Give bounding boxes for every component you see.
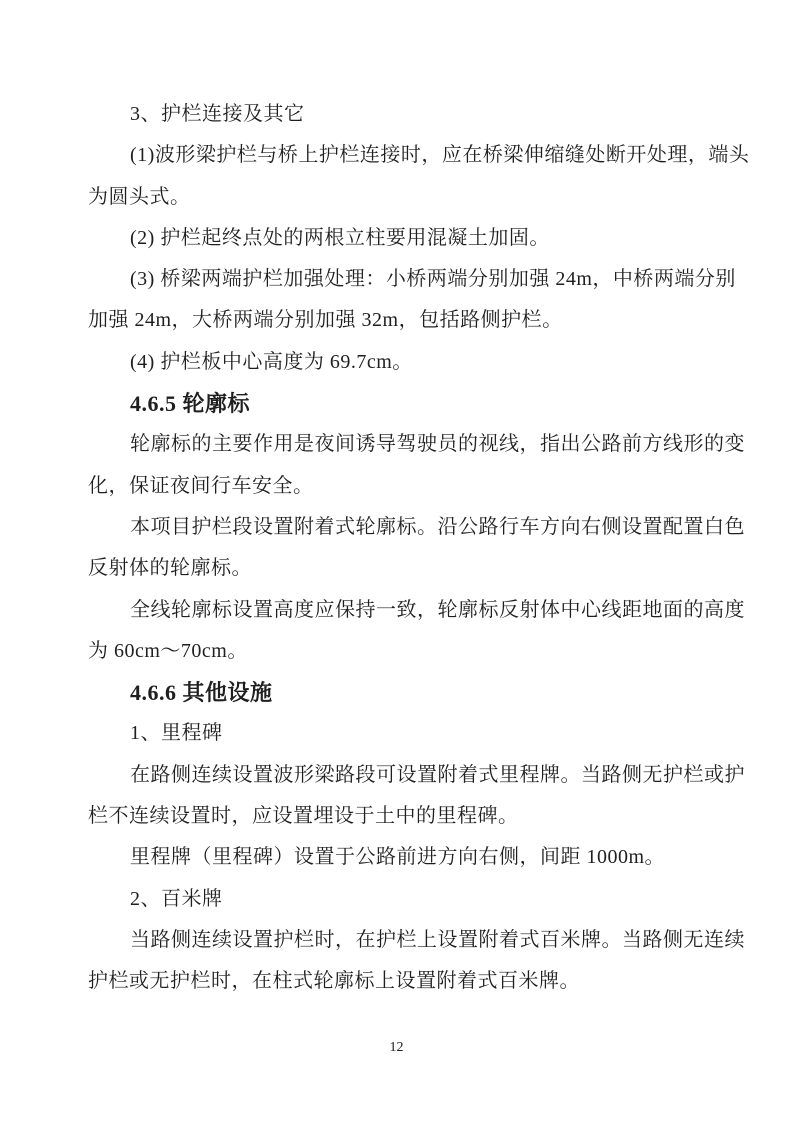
body-line: 全线轮廓标设置高度应保持一致，轮廓标反射体中心线距地面的高度 xyxy=(88,590,736,631)
para-guardrail-endpost-reinforce: (2) 护栏起终点处的两根立柱要用混凝土加固。 xyxy=(88,218,736,259)
para-hectometer-placement: 当路侧连续设置护栏时，在护栏上设置附着式百米牌。当路侧无连续 护栏或无护栏时，在… xyxy=(88,920,736,1003)
body-line: 3、护栏连接及其它 xyxy=(88,94,736,135)
body-line: 当路侧连续设置护栏时，在护栏上设置附着式百米牌。当路侧无连续 xyxy=(88,920,736,961)
para-bridge-end-strengthening: (3) 桥梁两端护栏加强处理：小桥两端分别加强 24m，中桥两端分别 加强 24… xyxy=(88,259,736,342)
body-line: (1)波形梁护栏与桥上护栏连接时，应在桥梁伸缩缝处断开处理，端头 xyxy=(88,135,736,176)
para-delineator-height: 全线轮廓标设置高度应保持一致，轮廓标反射体中心线距地面的高度 为 60cm～70… xyxy=(88,590,736,673)
body-line: 1、里程碑 xyxy=(88,713,736,754)
para-guardrail-bridge-connection: (1)波形梁护栏与桥上护栏连接时，应在桥梁伸缩缝处断开处理，端头 为圆头式。 xyxy=(88,135,736,218)
body-line: 化，保证夜间行车安全。 xyxy=(88,466,736,507)
body-line: 栏不连续设置时，应设置埋设于土中的里程碑。 xyxy=(88,796,736,837)
document-page: 3、护栏连接及其它 (1)波形梁护栏与桥上护栏连接时，应在桥梁伸缩缝处断开处理，… xyxy=(0,0,793,1122)
para-delineator-purpose: 轮廓标的主要作用是夜间诱导驾驶员的视线，指出公路前方线形的变 化，保证夜间行车安… xyxy=(88,424,736,507)
body-line: 为 60cm～70cm。 xyxy=(88,631,736,672)
para-milestone-placement: 在路侧连续设置波形梁路段可设置附着式里程牌。当路侧无护栏或护 栏不连续设置时，应… xyxy=(88,755,736,838)
list-item-milestone: 1、里程碑 xyxy=(88,713,736,754)
para-milestone-spacing: 里程牌（里程碑）设置于公路前进方向右侧，间距 1000m。 xyxy=(88,837,736,878)
body-line: 反射体的轮廓标。 xyxy=(88,548,736,589)
body-line: 里程牌（里程碑）设置于公路前进方向右侧，间距 1000m。 xyxy=(88,837,736,878)
body-line: 在路侧连续设置波形梁路段可设置附着式里程牌。当路侧无护栏或护 xyxy=(88,755,736,796)
body-line: 为圆头式。 xyxy=(88,177,736,218)
list-item-guardrail-connection: 3、护栏连接及其它 xyxy=(88,94,736,135)
body-line: 2、百米牌 xyxy=(88,879,736,920)
body-line: 护栏或无护栏时，在柱式轮廓标上设置附着式百米牌。 xyxy=(88,961,736,1002)
heading-line: 4.6.5 轮廓标 xyxy=(88,383,736,424)
list-item-hectometer: 2、百米牌 xyxy=(88,879,736,920)
heading-line: 4.6.6 其他设施 xyxy=(88,672,736,713)
para-guardrail-beam-height: (4) 护栏板中心高度为 69.7cm。 xyxy=(88,342,736,383)
body-line: 加强 24m，大桥两端分别加强 32m，包括路侧护栏。 xyxy=(88,300,736,341)
body-line: (4) 护栏板中心高度为 69.7cm。 xyxy=(88,342,736,383)
body-line: (3) 桥梁两端护栏加强处理：小桥两端分别加强 24m，中桥两端分别 xyxy=(88,259,736,300)
document-body: 3、护栏连接及其它 (1)波形梁护栏与桥上护栏连接时，应在桥梁伸缩缝处断开处理，… xyxy=(88,94,736,1003)
body-line: 轮廓标的主要作用是夜间诱导驾驶员的视线，指出公路前方线形的变 xyxy=(88,424,736,465)
section-heading-4-6-5: 4.6.5 轮廓标 xyxy=(88,383,736,424)
body-line: (2) 护栏起终点处的两根立柱要用混凝土加固。 xyxy=(88,218,736,259)
page-number: 12 xyxy=(0,1040,793,1056)
section-heading-4-6-6: 4.6.6 其他设施 xyxy=(88,672,736,713)
body-line: 本项目护栏段设置附着式轮廓标。沿公路行车方向右侧设置配置白色 xyxy=(88,507,736,548)
para-delineator-placement: 本项目护栏段设置附着式轮廓标。沿公路行车方向右侧设置配置白色 反射体的轮廓标。 xyxy=(88,507,736,590)
